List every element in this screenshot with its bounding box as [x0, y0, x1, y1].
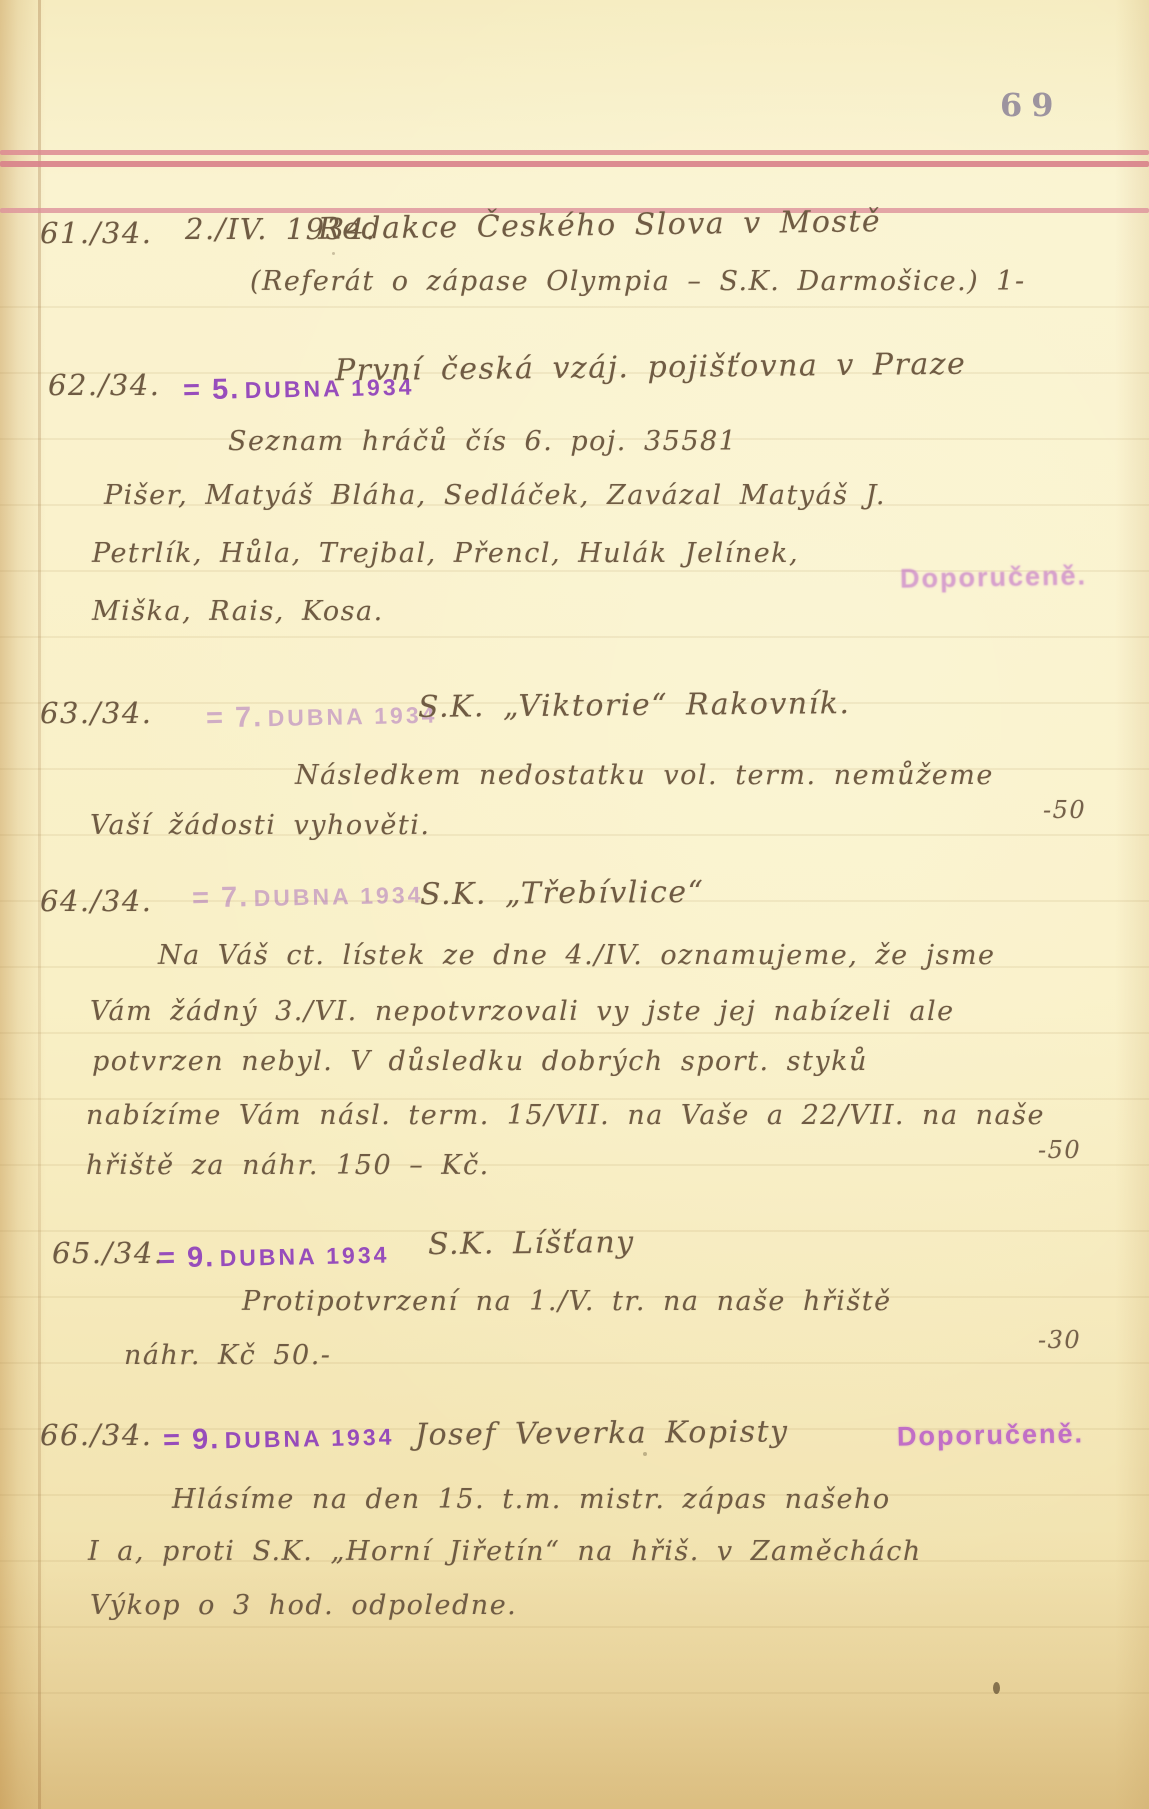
entry-number: 66./34. [40, 1418, 153, 1452]
entry-heading: Josef Veverka Kopisty [415, 1414, 789, 1452]
entry-heading: Redakce Českého Slova v Mostě [318, 204, 882, 247]
entry-line: náhr. Kč 50.- [124, 1340, 331, 1371]
registered-stamp: Doporučeně. [897, 1418, 1085, 1452]
entry-line: Petrlík, Hůla, Trejbal, Přencl, Hulák Je… [92, 538, 799, 569]
fee-note: -50 [1038, 1136, 1081, 1164]
date-stamp-day: = 7. [192, 881, 250, 914]
entry-line: Seznam hráčů čís 6. poj. 35581 [228, 426, 737, 457]
entry-line: potvrzen nebyl. V důsledku dobrých sport… [92, 1046, 868, 1077]
paper-speck [332, 252, 335, 255]
entry-heading: S.K. Líšťany [428, 1225, 635, 1262]
entry-line: nabízíme Vám násl. term. 15/VII. na Vaše… [86, 1100, 1045, 1131]
date-stamp-month-year: DUBNA 1934 [219, 1242, 389, 1272]
entry-heading: První česká vzáj. pojišťovna v Praze [335, 347, 967, 389]
entry-number: 61./34. [40, 216, 153, 250]
entry-line: Vám žádný 3./VI. nepotvrzovali vy jste j… [90, 996, 955, 1027]
scanned-ledger-page: { "page": { "number": "69" }, "entries":… [0, 0, 1149, 1809]
entry-line: I a, proti S.K. „Horní Jiřetín“ na hřiš.… [88, 1536, 922, 1567]
paper-speck [643, 1452, 647, 1456]
entry-line: Miška, Rais, Kosa. [92, 596, 384, 627]
date-stamp: = 9. DUBNA 1934 [158, 1238, 390, 1276]
date-stamp-day: = 5. [183, 373, 241, 406]
entry-line: Hlásíme na den 15. t.m. mistr. zápas naš… [172, 1484, 891, 1515]
entry-line: hřiště za náhr. 150 – Kč. [86, 1150, 490, 1181]
entry-line: Následkem nedostatku vol. term. nemůžeme [295, 760, 994, 791]
entry-number: 64./34. [40, 884, 153, 918]
date-stamp-day: = 9. [163, 1423, 221, 1456]
red-rule-top-2 [0, 161, 1149, 167]
entry-number: 62./34. [48, 368, 161, 402]
fee-note: -30 [1038, 1326, 1081, 1354]
entry-line: Protipotvrzení na 1./V. tr. na naše hřiš… [242, 1286, 892, 1317]
ink-speck [993, 1682, 1000, 1694]
entry-line: Pišer, Matyáš Bláha, Sedláček, Zavázal M… [104, 480, 886, 511]
entry-number: 65./34. [52, 1236, 165, 1270]
page-number-stamp: 69 [1000, 86, 1063, 124]
registered-stamp: Doporučeně. [900, 560, 1088, 594]
date-stamp: = 7. DUBNA 1934 [192, 878, 424, 916]
entry-line: Na Váš ct. lístek ze dne 4./IV. oznamuje… [158, 940, 996, 971]
date-stamp-month-year: DUBNA 1934 [253, 882, 423, 912]
entry-line: Vaší žádosti vyhověti. [90, 810, 430, 841]
fee-note: -50 [1043, 796, 1086, 824]
date-stamp: = 7. DUBNA 1934 [206, 698, 438, 736]
entry-heading: S.K. „Třebívlice“ [420, 875, 705, 912]
date-stamp-month-year: DUBNA 1934 [267, 702, 437, 732]
red-rule-top-1 [0, 150, 1149, 155]
date-stamp-day: = 7. [206, 701, 264, 734]
date-stamp-day: = 9. [158, 1241, 216, 1274]
date-stamp-month-year: DUBNA 1934 [224, 1424, 394, 1454]
date-stamp: = 9. DUBNA 1934 [163, 1420, 395, 1458]
entry-number: 63./34. [40, 696, 153, 730]
entry-line: Výkop o 3 hod. odpoledne. [90, 1590, 517, 1621]
entry-heading: S.K. „Viktorie“ Rakovník. [418, 686, 851, 725]
entry-line: (Referát o zápase Olympia – S.K. Darmoši… [250, 266, 1026, 297]
